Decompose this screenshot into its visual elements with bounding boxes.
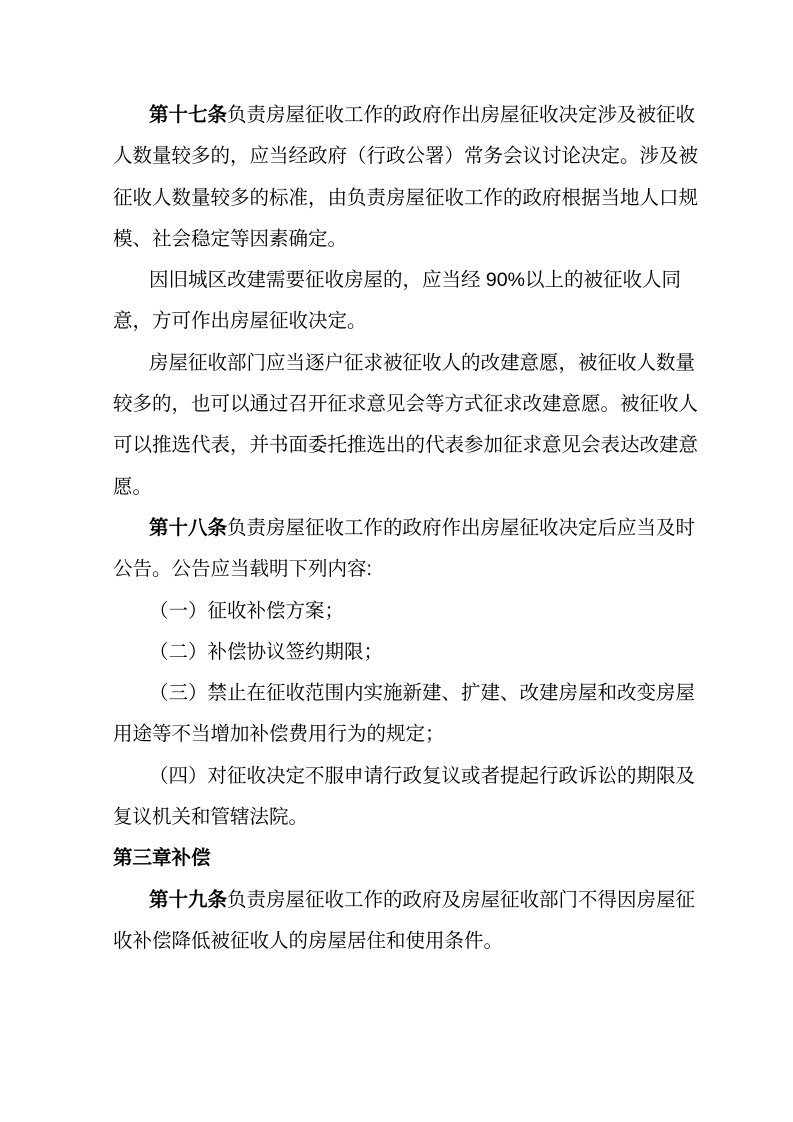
paragraph-article-17: 第十七条负责房屋征收工作的政府作出房屋征收决定涉及被征收人数量较多的，应当经政府… [113, 95, 699, 260]
paragraph-text: 房屋征收部门应当逐户征求被征收人的改建意愿，被征收人数量较多的，也可以通过召开征… [113, 352, 698, 498]
paragraph-text: 因旧城区改建需要征收房屋的，应当经 90%以上的被征收人同意，方可作出房屋征收决… [113, 269, 681, 332]
article-number: 第十八条 [149, 517, 227, 539]
document-page: 第十七条负责房屋征收工作的政府作出房屋征收决定涉及被征收人数量较多的，应当经政府… [0, 0, 793, 1122]
chapter-heading: 第三章补偿 [113, 838, 699, 879]
paragraph-article-19: 第十九条负责房屋征收工作的政府及房屋征收部门不得因房屋征收补偿降低被征收人的房屋… [113, 880, 699, 963]
list-item-text: （四）对征收决定不服申请行政复议或者提起行政诉讼的期限及复议机关和管辖法院。 [113, 765, 695, 828]
list-item-text: （二）补偿协议签约期限； [149, 641, 383, 663]
list-item-3: （三）禁止在征收范围内实施新建、扩建、改建房屋和改变房屋用途等不当增加补偿费用行… [113, 673, 699, 756]
paragraph-article-18: 第十八条负责房屋征收工作的政府作出房屋征收决定后应当及时公告。公告应当载明下列内… [113, 508, 699, 591]
article-number: 第十七条 [149, 104, 227, 126]
paragraph-survey-wishes: 房屋征收部门应当逐户征求被征收人的改建意愿，被征收人数量较多的，也可以通过召开征… [113, 343, 699, 508]
list-item-1: （一）征收补偿方案； [113, 591, 699, 632]
list-item-text: （一）征收补偿方案； [149, 600, 344, 622]
article-number: 第十九条 [149, 889, 227, 911]
list-item-4: （四）对征收决定不服申请行政复议或者提起行政诉讼的期限及复议机关和管辖法院。 [113, 756, 699, 839]
paragraph-old-town: 因旧城区改建需要征收房屋的，应当经 90%以上的被征收人同意，方可作出房屋征收决… [113, 260, 699, 343]
list-item-2: （二）补偿协议签约期限； [113, 632, 699, 673]
list-item-text: （三）禁止在征收范围内实施新建、扩建、改建房屋和改变房屋用途等不当增加补偿费用行… [113, 682, 695, 745]
